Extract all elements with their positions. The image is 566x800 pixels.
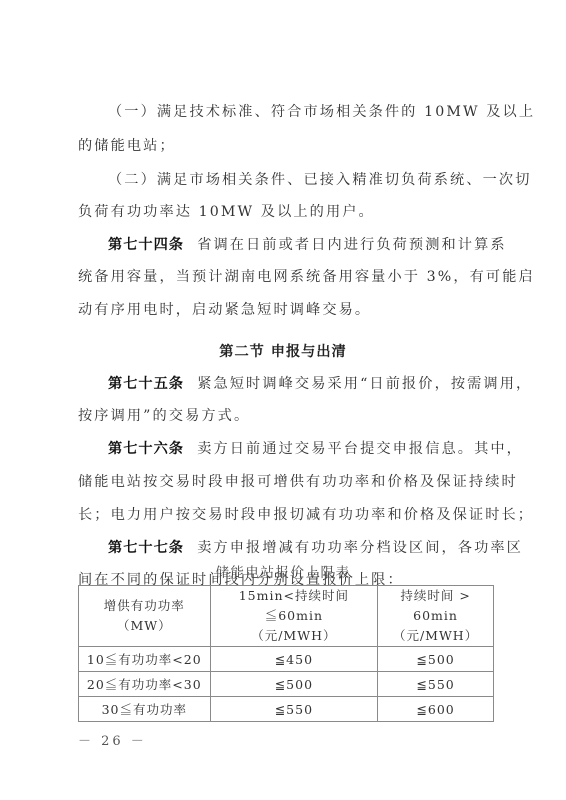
price-cap-table-caption: 储能电站报价上限表 xyxy=(0,564,566,582)
article-76: 第七十六条 卖方日前通过交易平台提交申报信息。其中， xyxy=(108,440,494,458)
article-75-line2: 按序调用”的交易方式。 xyxy=(78,407,494,425)
cell-price-15-60: ≦550 xyxy=(210,697,378,722)
table-row: 20≦有功功率<30 ≦500 ≦550 xyxy=(79,672,494,697)
article-74-text: 省调在日前或者日内进行负荷预测和计算系 xyxy=(197,237,506,253)
cell-price-15-60: ≦500 xyxy=(210,672,378,697)
cell-power-range: 30≦有功功率 xyxy=(79,697,211,722)
section-title: 第二节 申报与出清 xyxy=(0,343,566,361)
table-header-row: 增供有功功率（MW） 15min<持续时间≦60min（元/MWH） 持续时间 … xyxy=(79,586,494,647)
article-75-text: 紧急短时调峰交易采用“日前报价，按需调用， xyxy=(197,376,532,392)
header-duration-15-60: 15min<持续时间≦60min（元/MWH） xyxy=(210,586,378,647)
item1-line1: （一）满足技术标准、符合市场相关条件的 10MW 及以上 xyxy=(108,103,494,121)
article-76-text: 卖方日前通过交易平台提交申报信息。其中， xyxy=(197,441,523,457)
article-77-text: 卖方申报增减有功功率分档设区间，各功率区 xyxy=(197,540,523,556)
article-74-title: 第七十四条 xyxy=(108,237,184,253)
article-75: 第七十五条 紧急短时调峰交易采用“日前报价，按需调用， xyxy=(108,375,494,393)
cell-power-range: 20≦有功功率<30 xyxy=(79,672,211,697)
article-76-line3: 长；电力用户按交易时段申报切减有功功率和价格及保证时长； xyxy=(78,506,494,524)
article-76-line2: 储能电站按交易时段申报可增供有功功率和价格及保证持续时 xyxy=(78,473,494,491)
cell-price-over-60: ≦500 xyxy=(378,647,494,672)
article-75-title: 第七十五条 xyxy=(108,376,184,392)
item2-line2: 负荷有功功率达 10MW 及以上的用户。 xyxy=(78,203,494,221)
table-row: 30≦有功功率 ≦550 ≦600 xyxy=(79,697,494,722)
table-row: 10≦有功功率<20 ≦450 ≦500 xyxy=(79,647,494,672)
article-74-line2: 统备用容量，当预计湖南电网系统备用容量小于 3%，有可能启 xyxy=(78,268,494,286)
article-77-title: 第七十七条 xyxy=(108,540,184,556)
cell-price-15-60: ≦450 xyxy=(210,647,378,672)
article-76-title: 第七十六条 xyxy=(108,441,184,457)
cell-price-over-60: ≦600 xyxy=(378,697,494,722)
article-74: 第七十四条 省调在日前或者日内进行负荷预测和计算系 xyxy=(108,236,494,254)
header-duration-over-60: 持续时间 > 60min（元/MWH） xyxy=(378,586,494,647)
header-power: 增供有功功率（MW） xyxy=(79,586,211,647)
cell-price-over-60: ≦550 xyxy=(378,672,494,697)
article-77: 第七十七条 卖方申报增减有功功率分档设区间，各功率区 xyxy=(108,539,494,557)
item1-line2: 的储能电站； xyxy=(78,137,494,155)
price-cap-table: 增供有功功率（MW） 15min<持续时间≦60min（元/MWH） 持续时间 … xyxy=(78,585,494,722)
item2-line1: （二）满足市场相关条件、已接入精准切负荷系统、一次切 xyxy=(108,171,494,189)
page-number: － 26 － xyxy=(78,730,147,749)
cell-power-range: 10≦有功功率<20 xyxy=(79,647,211,672)
article-74-line3: 动有序用电时，启动紧急短时调峰交易。 xyxy=(78,301,494,319)
